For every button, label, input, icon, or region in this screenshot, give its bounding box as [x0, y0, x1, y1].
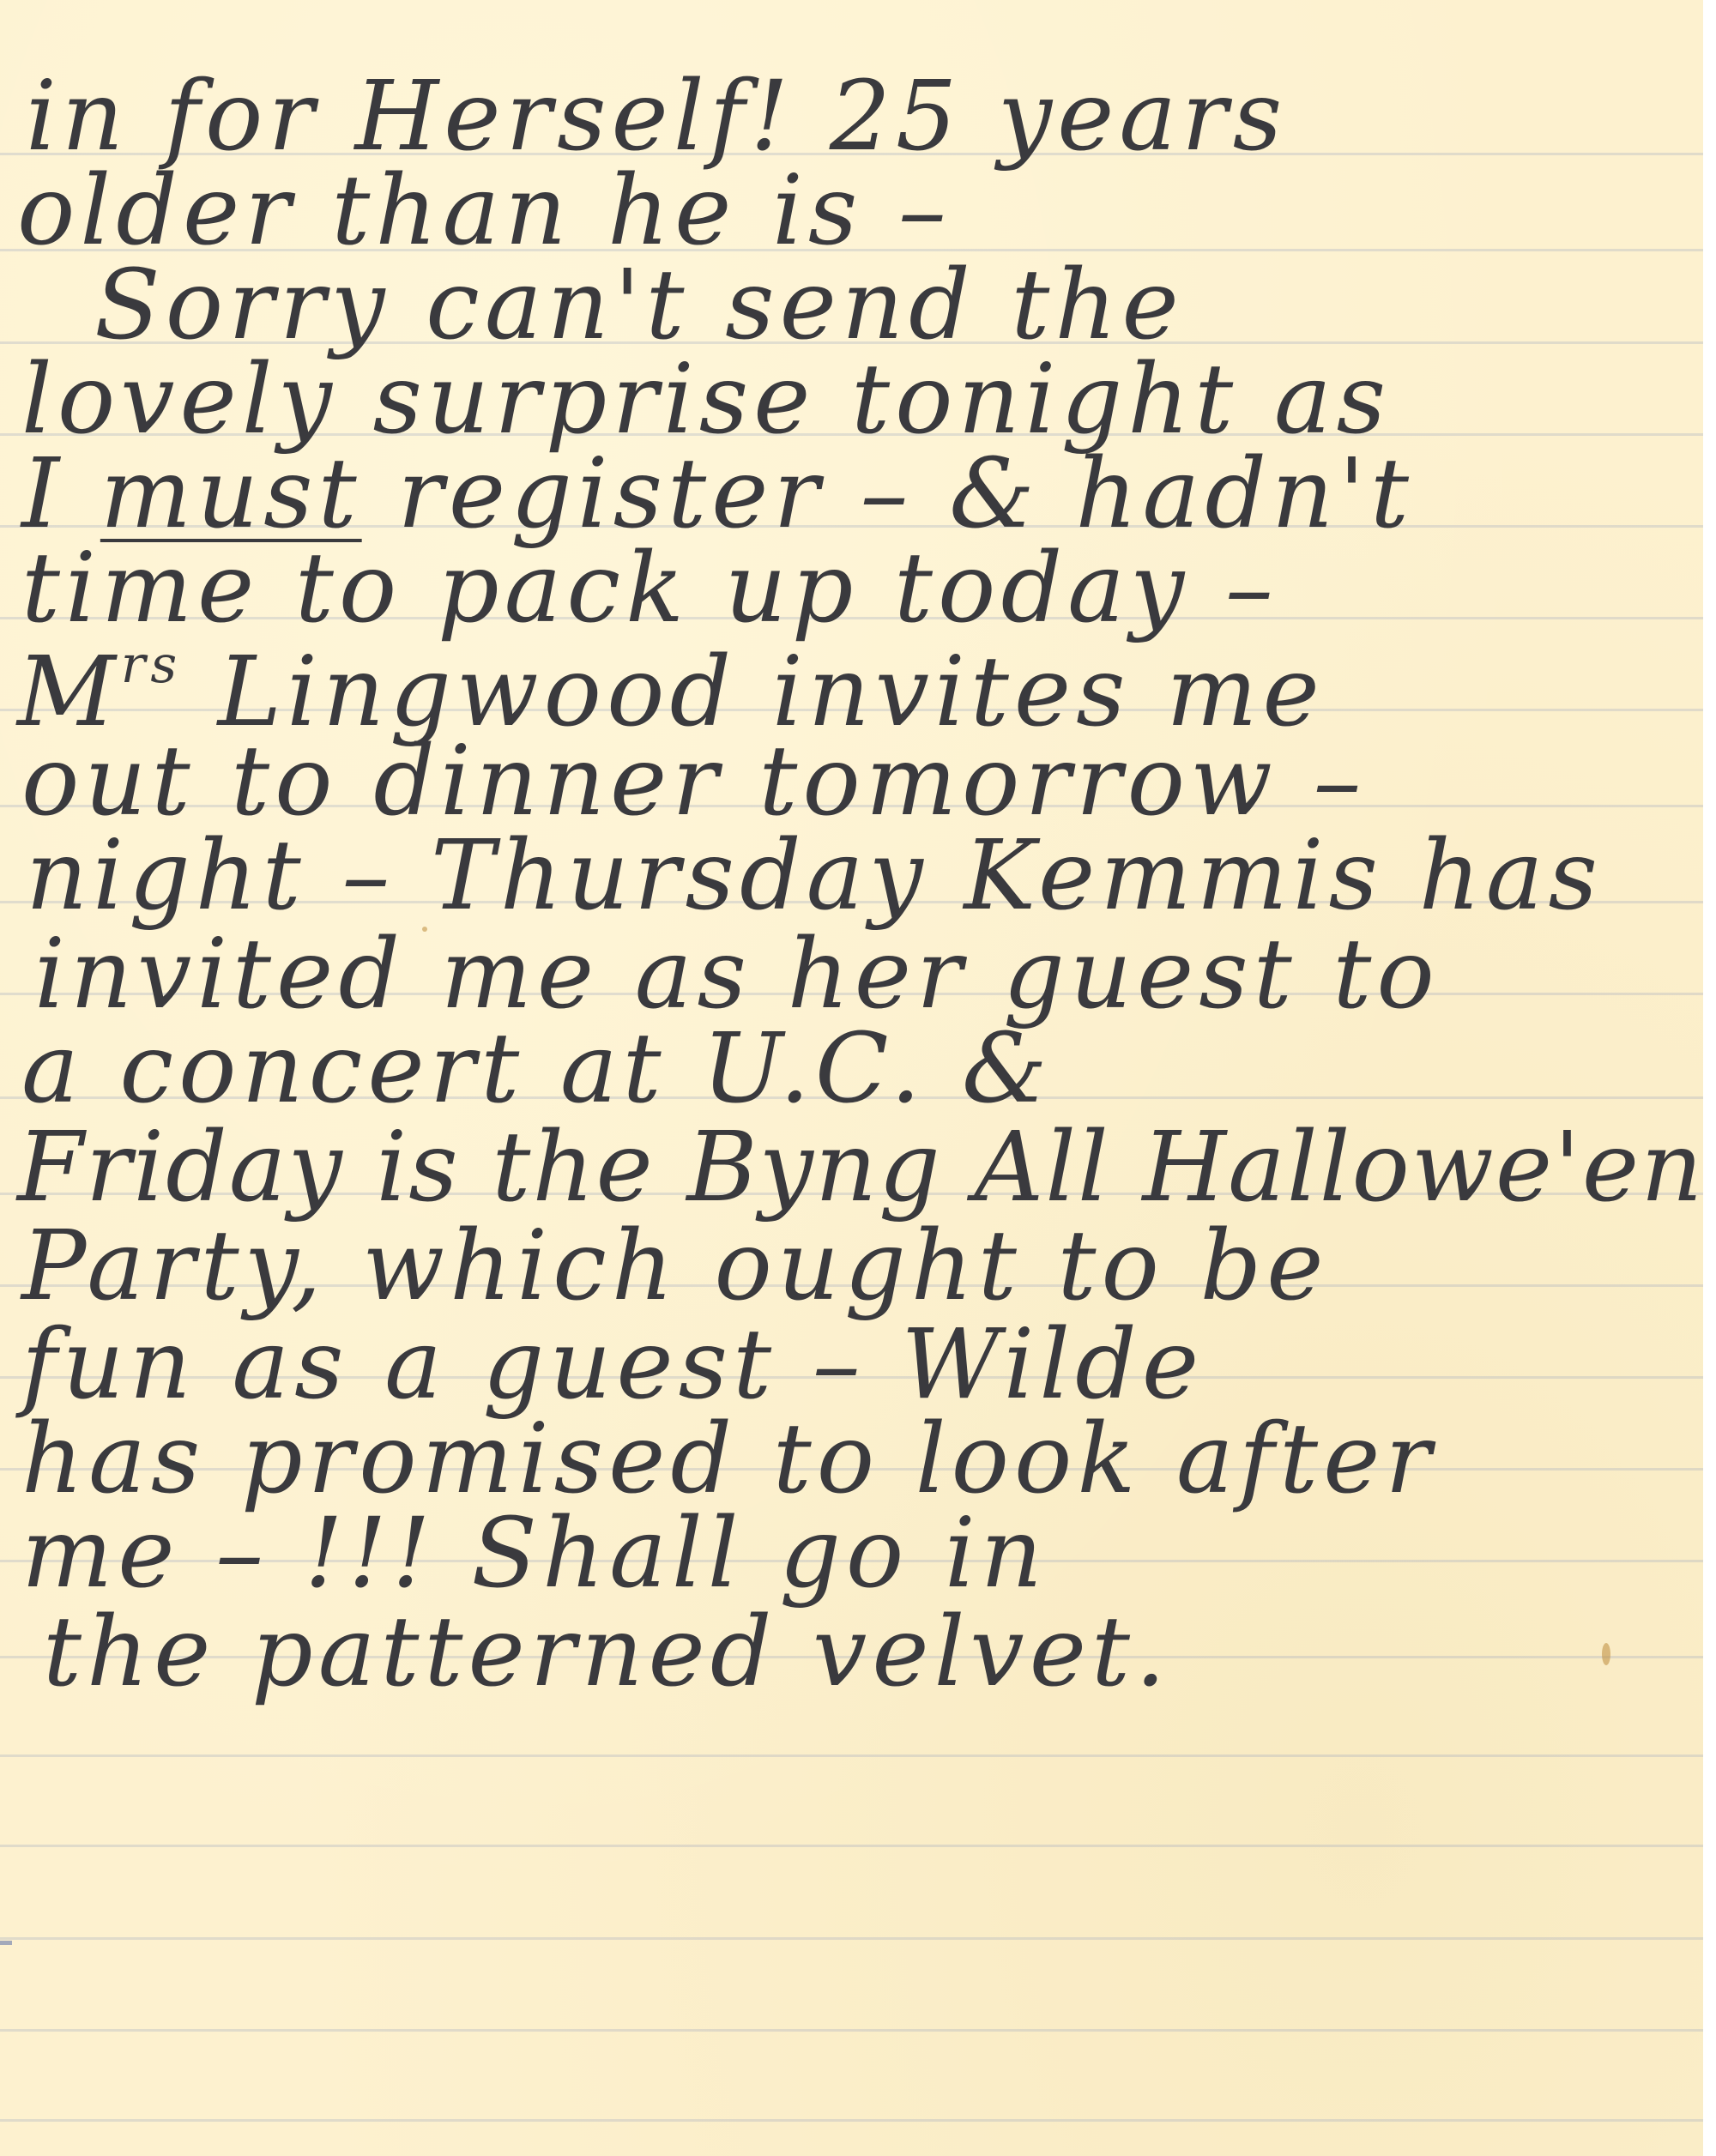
text-line-15: has promised to look after: [21, 1411, 1436, 1507]
text-line-6: time to pack up today –: [21, 541, 1278, 637]
text-line-13: Party, which ought to be: [21, 1218, 1329, 1314]
text-line-17: the patterned velvet.: [43, 1604, 1171, 1700]
text-line-5: I must register – & hadn't: [21, 446, 1414, 542]
text-line-3: Sorry can't send the: [94, 257, 1184, 353]
text-line-11: a concert at U.C. &: [21, 1021, 1053, 1117]
letter-page: in for Herself! 25 years older than he i…: [0, 0, 1703, 2156]
text-line-8: out to dinner tomorrow –: [21, 734, 1366, 830]
text-line-4: lovely surprise tonight as: [21, 352, 1391, 448]
text-line-16: me – !!! Shall go in: [21, 1506, 1048, 1602]
text-line-2: older than he is –: [17, 163, 952, 259]
text-line-14: fun as a guest – Wilde: [21, 1317, 1204, 1413]
text-line-9: night – Thursday Kemmis has: [26, 828, 1603, 924]
text-line-10: invited me as her guest to: [34, 927, 1440, 1023]
text-line-1: in for Herself! 25 years: [26, 69, 1287, 165]
handwritten-text: in for Herself! 25 years older than he i…: [0, 0, 1703, 2156]
title-sup: rs: [121, 635, 182, 695]
text-line-12: Friday is the Byng All Hallowe'en: [17, 1120, 1703, 1216]
